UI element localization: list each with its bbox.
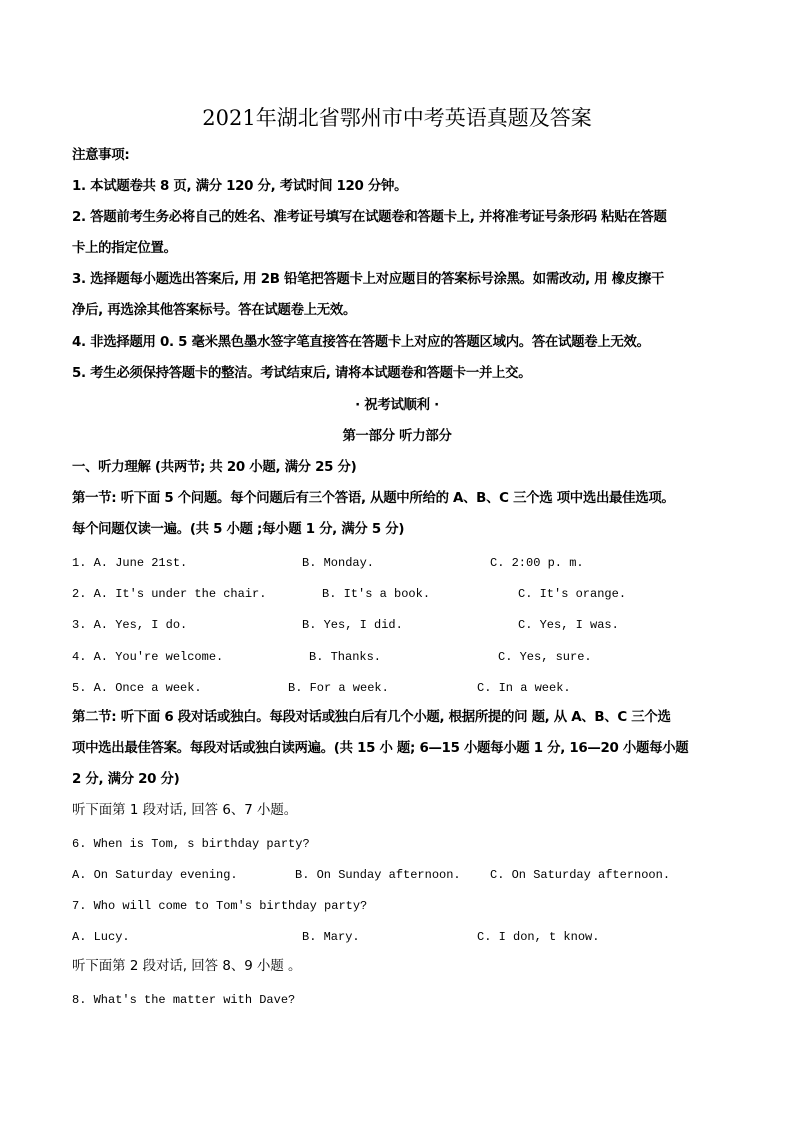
question-3-option-a: 3. A. Yes, I do. (72, 615, 187, 635)
question-4-option-a: 4. A. You're welcome. (72, 647, 223, 667)
question-3-option-c: C. Yes, I was. (518, 615, 619, 635)
question-2-option-a: 2. A. It's under the chair. (72, 584, 266, 604)
question-7-stem: 7. Who will come to Tom's birthday party… (72, 896, 732, 916)
notice-item-4: 4. 非选择题用 0. 5 毫米黑色墨水签字笔直接答在答题卡上对应的答题区域内。… (72, 333, 732, 353)
notice-item-3: 3. 选择题每小题选出答案后, 用 2B 铅笔把答题卡上对应题目的答案标号涂黑。… (72, 270, 732, 290)
option-a-text: A. You're welcome. (94, 650, 224, 664)
notice-heading: 注意事项: (72, 146, 732, 166)
question-1-option-c: C. 2:00 p. m. (490, 553, 584, 573)
exam-page: 2021年湖北省鄂州市中考英语真题及答案 注意事项: 1. 本试题卷共 8 页,… (0, 0, 794, 1123)
question-5-option-c: C. In a week. (477, 678, 571, 698)
question-4-option-b: B. Thanks. (309, 647, 381, 667)
question-number: 3. (72, 618, 86, 632)
good-luck-wish: · 祝考试顺利 · (0, 396, 794, 416)
document-title: 2021年湖北省鄂州市中考英语真题及答案 (0, 104, 794, 132)
notice-item-2-cont: 卡上的指定位置。 (72, 239, 732, 259)
question-4-option-c: C. Yes, sure. (498, 647, 592, 667)
option-a-text: A. June 21st. (94, 556, 188, 570)
question-1-option-a: 1. A. June 21st. (72, 553, 187, 573)
question-1-option-b: B. Monday. (302, 553, 374, 573)
question-2-option-b: B. It's a book. (322, 584, 430, 604)
question-2-option-c: C. It's orange. (518, 584, 626, 604)
question-5-option-b: B. For a week. (288, 678, 389, 698)
notice-item-2: 2. 答题前考生务必将自己的姓名、准考证号填写在试题卷和答题卡上, 并将准考证号… (72, 208, 732, 228)
question-6-option-a: A. On Saturday evening. (72, 865, 238, 885)
question-number: 1. (72, 556, 86, 570)
question-6-option-c: C. On Saturday afternoon. (490, 865, 670, 885)
dialogue-1-prompt: 听下面第 1 段对话, 回答 6、7 小题。 (72, 801, 732, 821)
question-6-stem: 6. When is Tom, s birthday party? (72, 834, 732, 854)
option-a-text: A. Yes, I do. (94, 618, 188, 632)
question-number: 5. (72, 681, 86, 695)
section2-instructions-line3: 2 分, 满分 20 分) (72, 770, 732, 790)
option-a-text: A. Once a week. (94, 681, 202, 695)
part-one-title: 第一部分 听力部分 (0, 427, 794, 447)
notice-item-1: 1. 本试题卷共 8 页, 满分 120 分, 考试时间 120 分钟。 (72, 177, 732, 197)
question-7-option-c: C. I don, t know. (477, 927, 599, 947)
question-7-option-b: B. Mary. (302, 927, 360, 947)
section2-instructions-line1: 第二节: 听下面 6 段对话或独白。每段对话或独白后有几个小题, 根据所提的问 … (72, 708, 732, 728)
question-number: 2. (72, 587, 86, 601)
option-a-text: A. It's under the chair. (94, 587, 267, 601)
section1-instructions-line2: 每个问题仅读一遍。(共 5 小题 ;每小题 1 分, 满分 5 分) (72, 520, 732, 540)
question-7-option-a: A. Lucy. (72, 927, 130, 947)
dialogue-2-prompt: 听下面第 2 段对话, 回答 8、9 小题 。 (72, 957, 732, 977)
notice-item-3-cont: 净后, 再选涂其他答案标号。答在试题卷上无效。 (72, 301, 732, 321)
question-number: 4. (72, 650, 86, 664)
section2-instructions-line2: 项中选出最佳答案。每段对话或独白读两遍。(共 15 小 题; 6—15 小题每小… (72, 739, 732, 759)
question-5-option-a: 5. A. Once a week. (72, 678, 202, 698)
section1-instructions-line1: 第一节: 听下面 5 个问题。每个问题后有三个答语, 从题中所给的 A、B、C … (72, 489, 732, 509)
question-3-option-b: B. Yes, I did. (302, 615, 403, 635)
notice-item-5: 5. 考生必须保持答题卡的整洁。考试结束后, 请将本试题卷和答题卡一并上交。 (72, 364, 732, 384)
section-title: 一、听力理解 (共两节; 共 20 小题, 满分 25 分) (72, 458, 732, 478)
question-8-stem: 8. What's the matter with Dave? (72, 990, 732, 1010)
question-6-option-b: B. On Sunday afternoon. (295, 865, 461, 885)
